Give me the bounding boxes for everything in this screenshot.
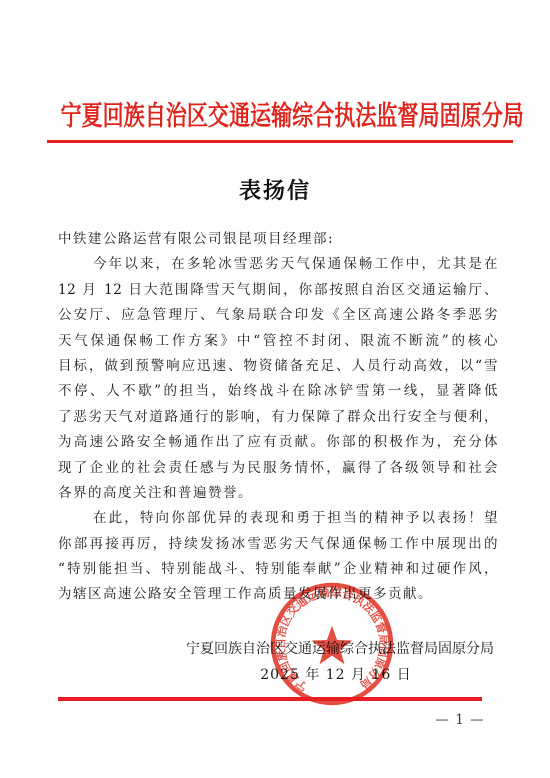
body-line: 现了企业的社会责任感与为民服务情怀，赢得了各级领导和社会 — [58, 456, 498, 481]
recipient-line: 中铁建公路运营有限公司银昆项目经理部: — [58, 227, 498, 252]
body-line: 你部再接再厉，持续发扬冰雪恶劣天气保通保畅工作中展现出的 — [58, 532, 498, 557]
body-line: 12 月 12 日大范围降雪天气期间，你部按照自治区交通运输厅、 — [58, 278, 498, 303]
seal-star-icon — [312, 626, 353, 665]
page-number: — 1 — — [420, 712, 500, 728]
commendation-letter-page: 宁夏回族自治区交通运输综合执法监督局固原分局 表扬信 中铁建公路运营有限公司银昆… — [0, 0, 550, 778]
body-line: 各界的高度关注和普遍赞誉。 — [58, 481, 498, 506]
body-line: “特别能担当、特别能战斗、特别能奉献”企业精神和过硬作风， — [58, 557, 498, 582]
body-line: 了恶劣天气对道路通行的影响，有力保障了群众出行安全与便利， — [58, 405, 498, 430]
body-line: 在此，特向你部优异的表现和勇于担当的精神予以表扬！望 — [58, 506, 498, 531]
letterhead-title: 宁夏回族自治区交通运输综合执法监督局固原分局 — [61, 94, 490, 133]
body-line: 今年以来，在多轮冰雪恶劣天气保通保畅工作中，尤其是在 — [58, 252, 498, 277]
body-line: 目标，做到预警响应迅速、物资储备充足、人员行动高效，以“雪 — [58, 354, 498, 379]
official-seal: 宁夏回族自治区交通运输综合执法监督局固原分局 — [268, 580, 396, 708]
footer-rule — [58, 697, 482, 701]
body-line: 天气保通保畅工作方案》中“管控不封闭、限流不断流”的核心 — [58, 329, 498, 354]
letter-body: 中铁建公路运营有限公司银昆项目经理部: 今年以来，在多轮冰雪恶劣天气保通保畅工作… — [58, 227, 498, 608]
body-line: 为高速公路安全畅通作出了应有贡献。你部的积极作为，充分体 — [58, 430, 498, 455]
letter-title: 表扬信 — [0, 174, 550, 205]
body-line: 不停、人不歇”的担当，始终战斗在除冰铲雪第一线，显著降低 — [58, 379, 498, 404]
letterhead-rule — [47, 140, 513, 143]
body-line: 公安厅、应急管理厅、气象局联合印发《全区高速公路冬季恶劣 — [58, 303, 498, 328]
